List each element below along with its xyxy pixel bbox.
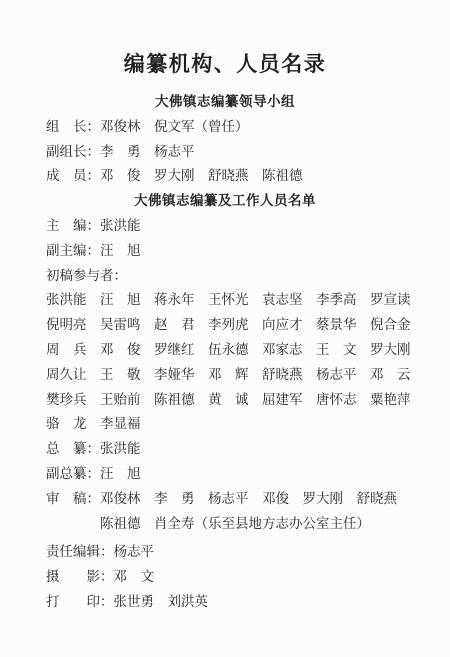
row-reviewers-continuation: 陈祖德 肖全寿（乐至县地方志办公室主任） [0,512,450,537]
personnel-label: 副主编： [46,239,100,264]
document-page: 编纂机构、人员名录 大佛镇志编纂领导小组 组 长：邓俊林 倪文军（曾任） 副组长… [0,0,450,657]
participants-grid-row: 周 兵 邓 俊 罗继红 伍永德 邓家志 王 文 罗大刚 [0,338,450,363]
page-title: 编纂机构、人员名录 [0,52,450,78]
participants-grid-row: 周久让 王 敬 李娅华 邓 辉 舒晓燕 杨志平 邓 云 [0,363,450,388]
personnel-label: 成 员： [46,164,100,189]
participants-grid-row: 倪明亮 吴雷鸣 赵 君 李列虎 向应才 蔡景华 倪合金 [0,313,450,338]
personnel-label: 摄 影： [46,565,114,590]
row-responsible-editor: 责任编辑：杨志平 [0,540,450,565]
production-section: 责任编辑：杨志平 摄 影：邓 文 打 印：张世勇 刘洪英 [0,540,450,614]
personnel-names: 汪 旭 [100,462,141,487]
personnel-names: 张洪能 [100,437,141,462]
personnel-label: 主 编： [46,214,100,239]
personnel-names: 邓 文 [114,565,155,590]
personnel-label: 副总纂： [46,462,100,487]
personnel-names: 李 勇 杨志平 [100,140,195,165]
personnel-label: 初稿参与者： [46,264,127,289]
personnel-names: 邓俊林 倪文军（曾任） [100,115,249,140]
row-group-members: 成 员：邓 俊 罗大刚 舒晓燕 陈祖德 [0,164,450,189]
personnel-names: 张洪能 [100,214,141,239]
row-photographer: 摄 影：邓 文 [0,565,450,590]
row-chief-editor: 主 编：张洪能 [0,214,450,239]
personnel-names: 陈祖德 肖全寿（乐至县地方志办公室主任） [100,512,370,537]
row-deputy-group-leader: 副组长：李 勇 杨志平 [0,140,450,165]
personnel-label: 审 稿： [46,487,100,512]
personnel-names: 邓 俊 罗大刚 舒晓燕 陈祖德 [100,164,303,189]
participants-grid-row: 骆 龙 李显福 [0,412,450,437]
personnel-label: 打 印： [46,590,114,615]
row-reviewers: 审 稿：邓俊林 李 勇 杨志平 邓俊 罗大刚 舒晓燕 [0,487,450,512]
row-deputy-chief-editor: 副主编：汪 旭 [0,239,450,264]
personnel-names: 杨志平 [114,540,155,565]
row-draft-participants-heading: 初稿参与者： [0,264,450,289]
staff-list-heading: 大佛镇志编纂及工作人员名单 [0,189,450,214]
personnel-names: 张世勇 刘洪英 [114,590,209,615]
row-general-compiler: 总 纂：张洪能 [0,437,450,462]
participants-grid-row: 樊珍兵 王贻前 陈祖德 黄 诚 屈建军 唐怀志 粟艳萍 [0,388,450,413]
leading-group-heading: 大佛镇志编纂领导小组 [0,90,450,115]
participants-grid-row: 张洪能 汪 旭 蒋永年 王怀光 袁志坚 李季高 罗宣读 [0,288,450,313]
personnel-names: 邓俊林 李 勇 杨志平 邓俊 罗大刚 舒晓燕 [100,487,397,512]
row-printers: 打 印：张世勇 刘洪英 [0,590,450,615]
personnel-label: 副组长： [46,140,100,165]
row-deputy-general-compiler: 副总纂：汪 旭 [0,462,450,487]
personnel-label: 总 纂： [46,437,100,462]
personnel-names: 汪 旭 [100,239,141,264]
personnel-label: 责任编辑： [46,540,114,565]
row-group-leader: 组 长：邓俊林 倪文军（曾任） [0,115,450,140]
personnel-label: 组 长： [46,115,100,140]
